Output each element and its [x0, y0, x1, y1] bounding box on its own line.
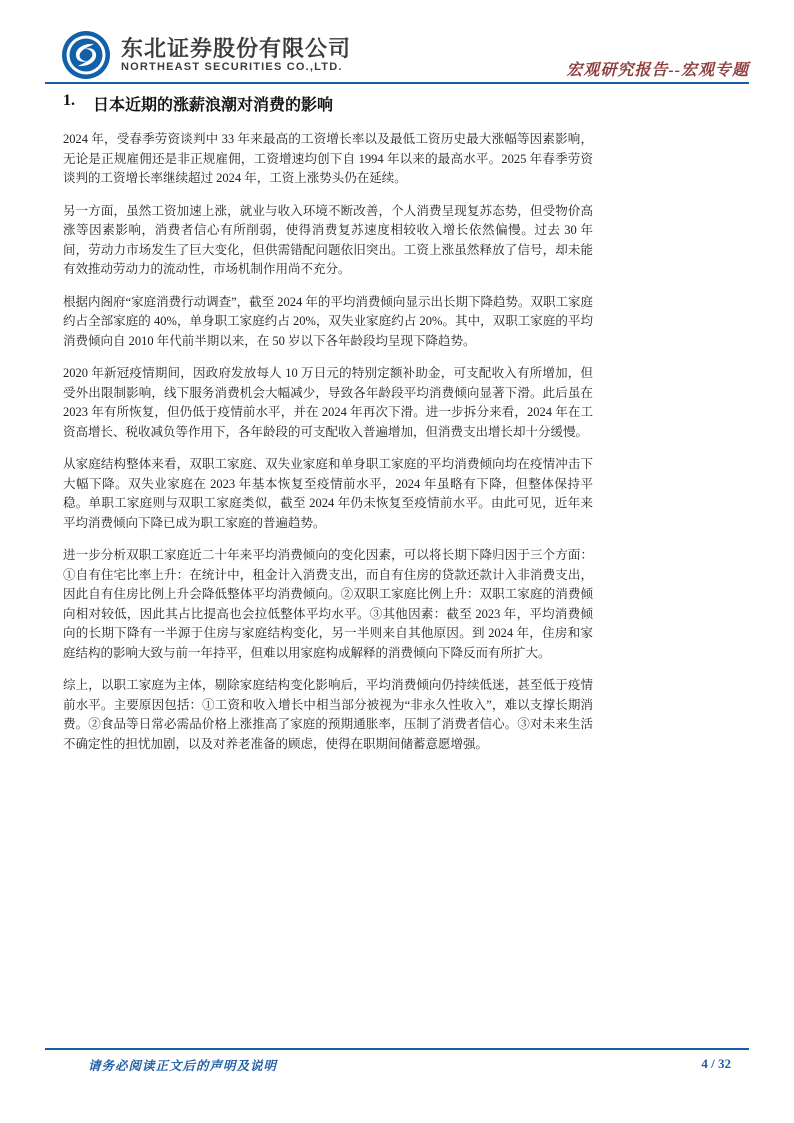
- report-page: 东北证券股份有限公司 NORTHEAST SECURITIES CO.,LTD.…: [0, 0, 794, 1123]
- paragraph: 2024 年，受春季劳资谈判中 33 年来最高的工资增长率以及最低工资历史最大涨…: [63, 130, 593, 189]
- page-number: 4 / 32: [701, 1056, 731, 1072]
- report-type-label: 宏观研究报告--宏观专题: [566, 57, 749, 80]
- company-names: 东北证券股份有限公司 NORTHEAST SECURITIES CO.,LTD.: [121, 37, 351, 74]
- northeast-securities-logo-icon: [61, 30, 111, 80]
- header-divider: [45, 82, 749, 84]
- paragraph: 进一步分析双职工家庭近二十年来平均消费倾向的变化因素，可以将长期下降归因于三个方…: [63, 546, 593, 663]
- paragraph: 根据内阁府“家庭消费行动调查”，截至 2024 年的平均消费倾向显示出长期下降趋…: [63, 293, 593, 352]
- paragraph: 综上，以职工家庭为主体，剔除家庭结构变化影响后，平均消费倾向仍持续低迷，甚至低于…: [63, 676, 593, 754]
- company-brand: 东北证券股份有限公司 NORTHEAST SECURITIES CO.,LTD.: [61, 30, 351, 80]
- page-header: 东北证券股份有限公司 NORTHEAST SECURITIES CO.,LTD.…: [45, 28, 749, 82]
- report-body: 2024 年，受春季劳资谈判中 33 年来最高的工资增长率以及最低工资历史最大涨…: [63, 130, 593, 767]
- footer-divider: [45, 1048, 749, 1050]
- paragraph: 从家庭结构整体来看，双职工家庭、双失业家庭和单身职工家庭的平均消费倾向均在疫情冲…: [63, 455, 593, 533]
- company-name-cn: 东北证券股份有限公司: [121, 37, 351, 60]
- company-name-en: NORTHEAST SECURITIES CO.,LTD.: [121, 62, 351, 74]
- section-heading: 1. 日本近期的涨薪浪潮对消费的影响: [63, 92, 663, 115]
- section-number: 1.: [63, 92, 93, 115]
- paragraph: 2020 年新冠疫情期间，因政府发放每人 10 万日元的特别定额补助金，可支配收…: [63, 364, 593, 442]
- section-title: 日本近期的涨薪浪潮对消费的影响: [93, 92, 333, 115]
- paragraph: 另一方面，虽然工资加速上涨，就业与收入环境不断改善，个人消费呈现复苏态势，但受物…: [63, 202, 593, 280]
- footer-disclaimer: 请务必阅读正文后的声明及说明: [88, 1056, 277, 1074]
